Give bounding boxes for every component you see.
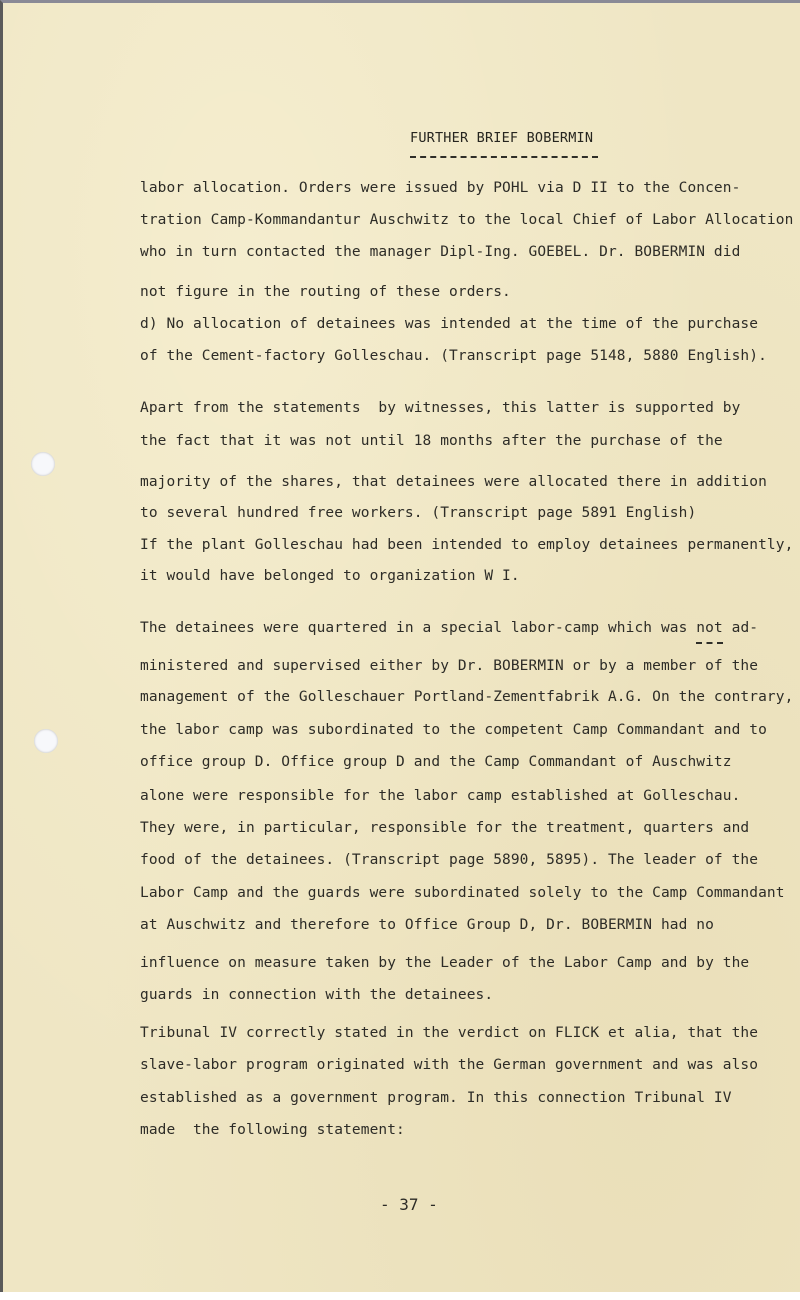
text-line: ministered and supervised either by Dr. … <box>140 658 758 674</box>
underlined-word: not <box>696 620 723 636</box>
text-line: The detainees were quartered in a specia… <box>140 620 758 636</box>
text-line: d) No allocation of detainees was intend… <box>140 316 758 332</box>
text-line: not figure in the routing of these order… <box>140 284 511 300</box>
text-line: alone were responsible for the labor cam… <box>140 788 740 804</box>
text-line: Tribunal IV correctly stated in the verd… <box>140 1025 758 1041</box>
text-line: of the Cement-factory Golleschau. (Trans… <box>140 348 767 364</box>
text-line: labor allocation. Orders were issued by … <box>140 180 740 196</box>
text-line: the fact that it was not until 18 months… <box>140 433 723 449</box>
text-line: tration Camp-Kommandantur Auschwitz to t… <box>140 212 793 228</box>
text-line: established as a government program. In … <box>140 1090 732 1106</box>
text-line: it would have belonged to organization W… <box>140 568 520 584</box>
text-line: at Auschwitz and therefore to Office Gro… <box>140 917 714 933</box>
text-line: slave-labor program originated with the … <box>140 1057 758 1073</box>
text-line: Apart from the statements by witnesses, … <box>140 400 740 416</box>
text-segment: The detainees were quartered in a specia… <box>140 620 696 636</box>
text-line: Labor Camp and the guards were subordina… <box>140 885 785 901</box>
scanned-page: FURTHER BRIEF BOBERMIN labor allocation.… <box>0 0 800 1300</box>
title-underline <box>410 156 598 158</box>
document-title: FURTHER BRIEF BOBERMIN <box>410 130 593 146</box>
text-line: office group D. Office group D and the C… <box>140 754 732 770</box>
text-line: management of the Golleschauer Portland-… <box>140 689 793 705</box>
text-line: to several hundred free workers. (Transc… <box>140 505 696 521</box>
text-line: influence on measure taken by the Leader… <box>140 955 749 971</box>
text-line: If the plant Golleschau had been intende… <box>140 537 793 553</box>
document-body: FURTHER BRIEF BOBERMIN labor allocation.… <box>0 0 800 1292</box>
text-line: majority of the shares, that detainees w… <box>140 474 767 490</box>
text-line: They were, in particular, responsible fo… <box>140 820 749 836</box>
text-line: made the following statement: <box>140 1122 405 1138</box>
text-line: guards in connection with the detainees. <box>140 987 493 1003</box>
text-line: food of the detainees. (Transcript page … <box>140 852 758 868</box>
text-line: the labor camp was subordinated to the c… <box>140 722 767 738</box>
page-number: - 37 - <box>380 1195 438 1214</box>
text-line: who in turn contacted the manager Dipl-I… <box>140 244 740 260</box>
text-segment: ad- <box>723 620 758 636</box>
